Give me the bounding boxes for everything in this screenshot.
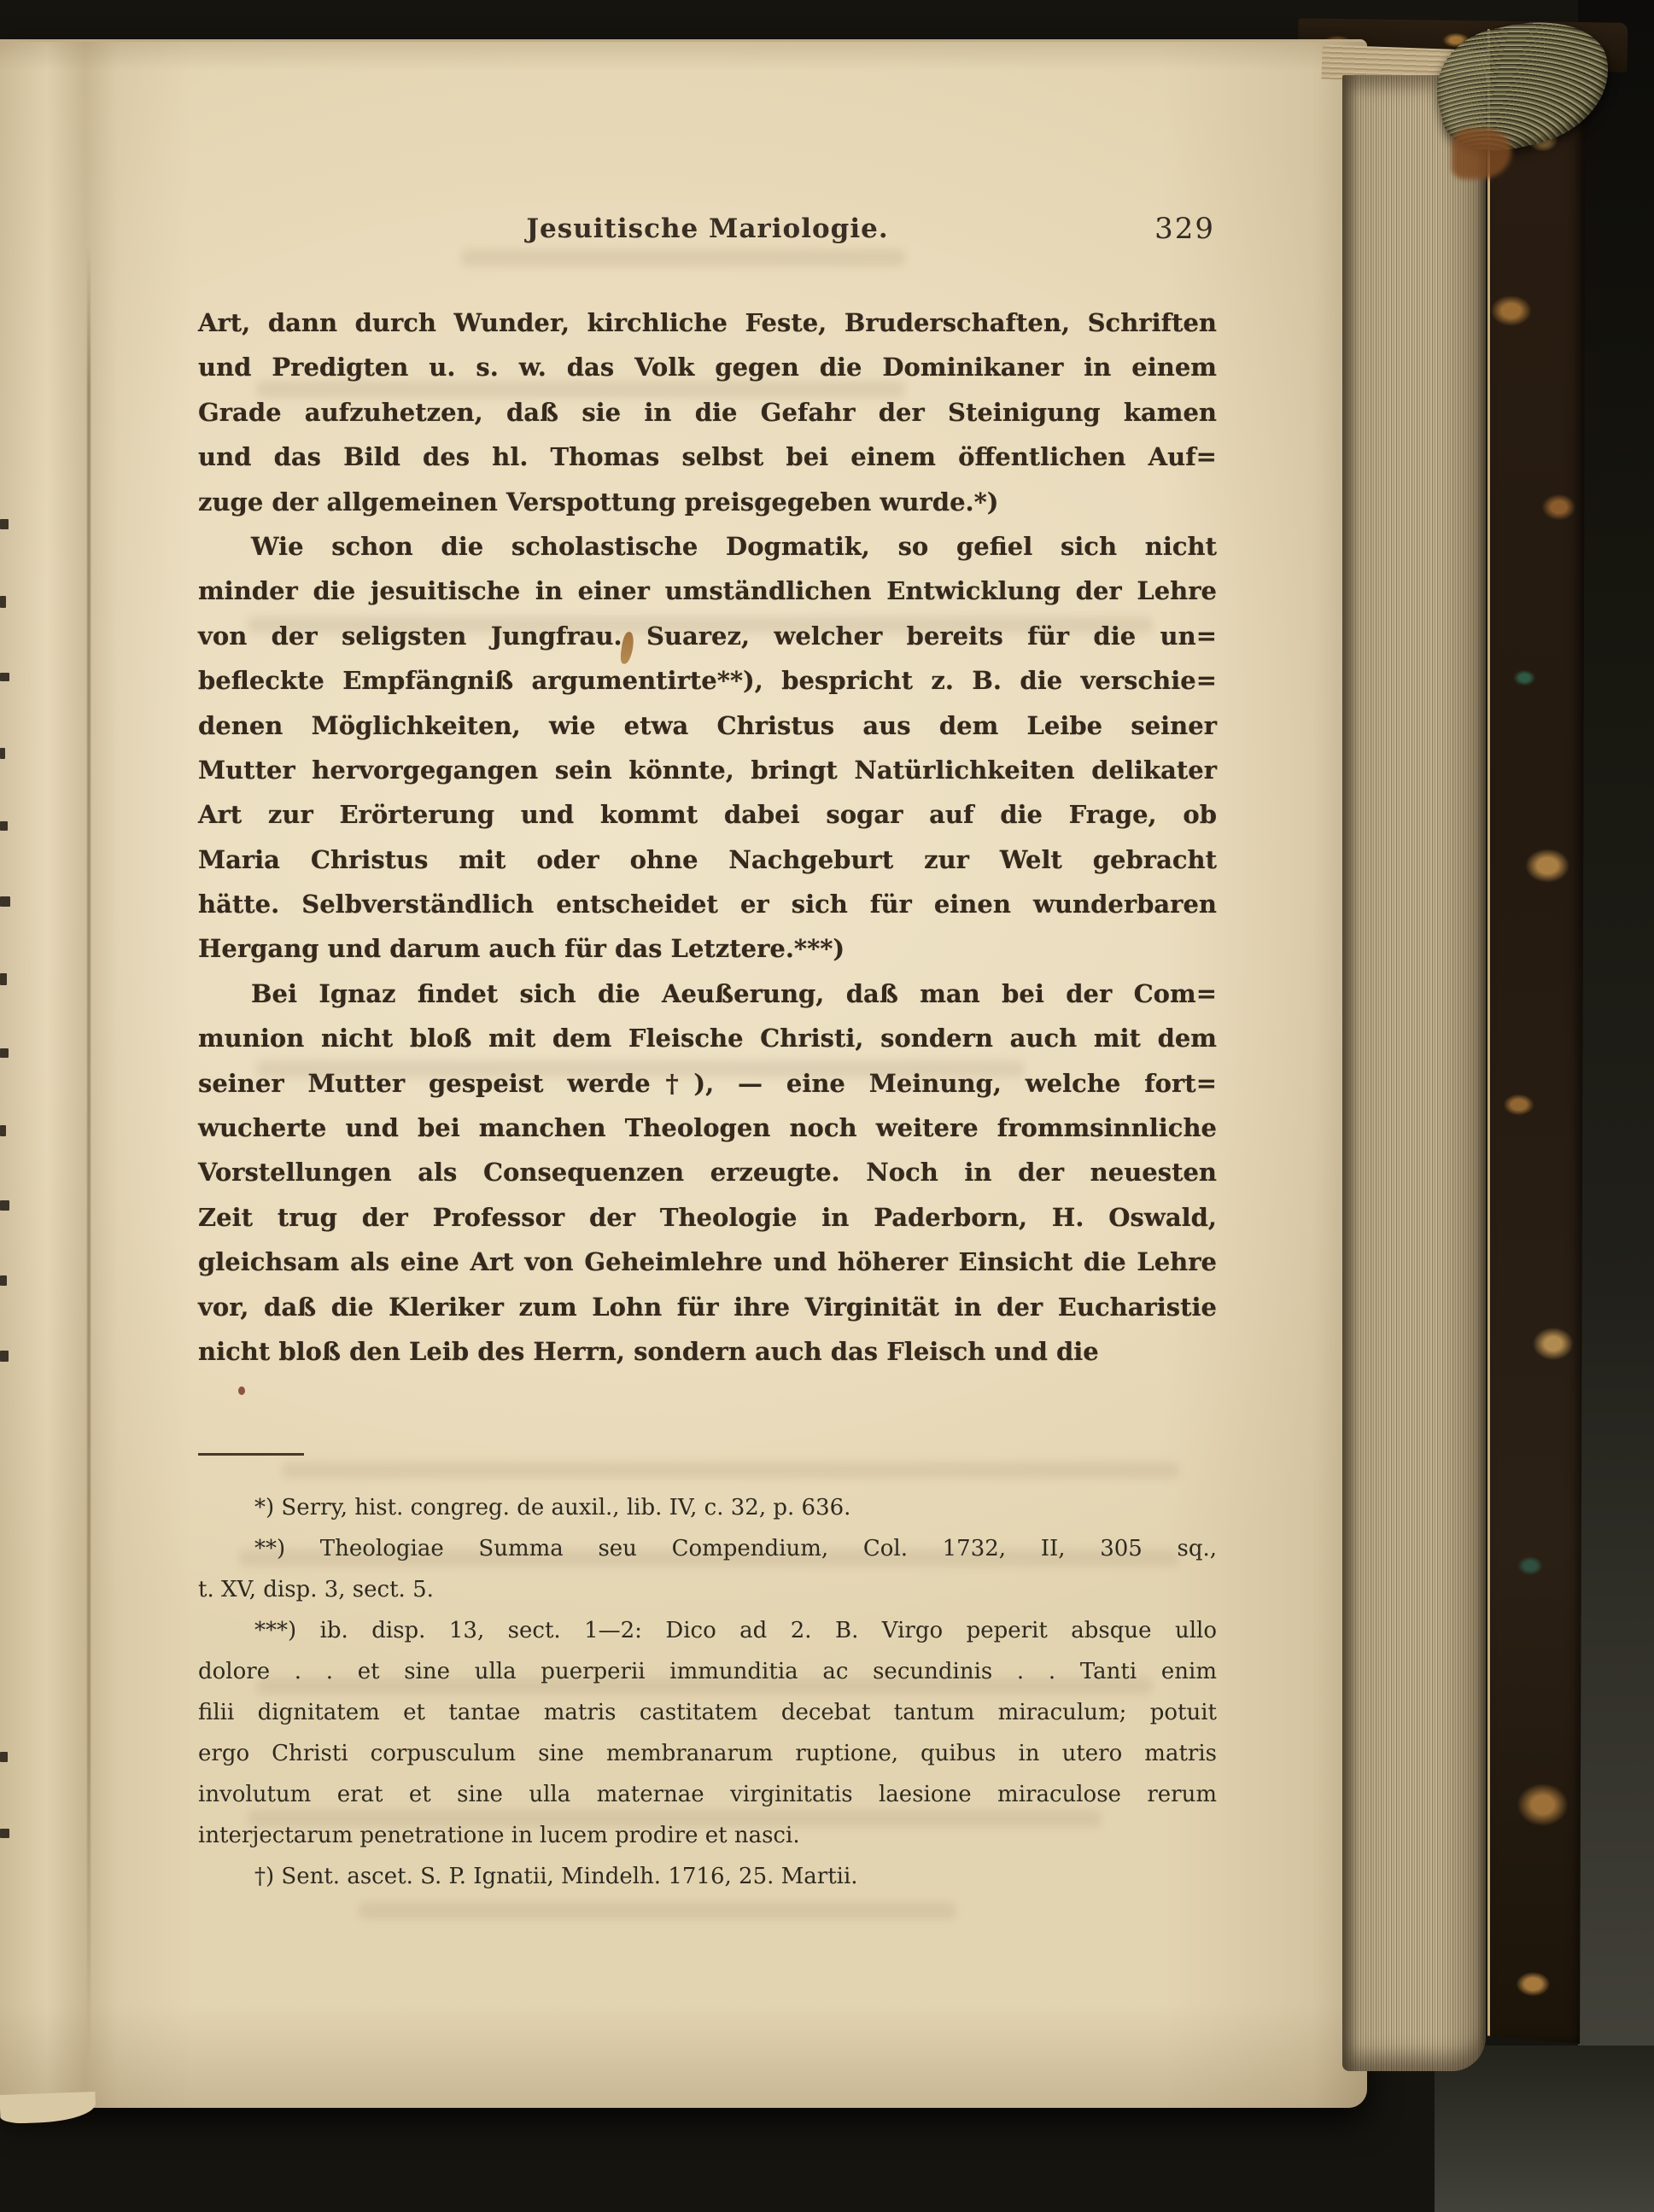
body-text-line: vor, daß die Kleriker zum Lohn für ihre … <box>198 1285 1217 1329</box>
footnote-line: †) Sent. ascet. S. P. Ignatii, Mindelh. … <box>198 1856 1217 1897</box>
footnote-line: **) Theologiae Summa seu Compendium, Col… <box>198 1528 1217 1569</box>
body-text-line: und das Bild des hl. Thomas selbst bei e… <box>198 435 1217 479</box>
running-title: Jesuitische Mariologie. <box>198 213 1217 244</box>
facing-page-text-fragment <box>0 1829 9 1838</box>
facing-page-text-fragment <box>0 519 9 529</box>
facing-page-text-fragment <box>0 1351 9 1362</box>
body-text-line: hätte. Selbverständlich entscheidet er s… <box>198 882 1217 926</box>
facing-page-text-fragment <box>0 821 8 831</box>
body-text-line: von der seligsten Jungfrau. Suarez, welc… <box>198 614 1217 658</box>
footnote-line: ergo Christi corpusculum sine membranaru… <box>198 1733 1217 1774</box>
page-header: Jesuitische Mariologie. 329 <box>198 213 1217 253</box>
body-text-line: Bei Ignaz findet sich die Aeußerung, daß… <box>198 972 1217 1016</box>
body-text-line: denen Möglichkeiten, wie etwa Christus a… <box>198 703 1217 748</box>
footnote-divider-rule <box>198 1453 304 1456</box>
facing-page-text-fragment <box>0 1200 9 1211</box>
ink-showthrough <box>282 1462 1178 1479</box>
footnotes: *) Serry, hist. congreg. de auxil., lib.… <box>198 1487 1217 1897</box>
body-text-line: Vorstellungen als Consequenzen erzeugte.… <box>198 1150 1217 1194</box>
facing-page-edge <box>0 2092 96 2124</box>
body-text-line: Wie schon die scholastische Dogmatik, so… <box>198 524 1217 569</box>
body-text-line: Art, dann durch Wunder, kirchliche Feste… <box>198 301 1217 345</box>
ink-speck <box>238 1386 245 1395</box>
body-text-line: wucherte und bei manchen Theologen noch … <box>198 1106 1217 1150</box>
backdrop-bottom-right <box>1435 2046 1654 2212</box>
gutter-crease <box>87 244 91 2063</box>
body-text-line: gleichsam als eine Art von Geheimlehre u… <box>198 1240 1217 1284</box>
facing-page-text-fragment <box>0 1125 6 1136</box>
footnote-line: involutum erat et sine ulla maternae vir… <box>198 1774 1217 1815</box>
body-text-line: befleckte Empfängniß argumentirte**), be… <box>198 658 1217 703</box>
body-text-line: munion nicht bloß mit dem Fleische Chris… <box>198 1016 1217 1060</box>
body-text-line: nicht bloß den Leib des Herrn, sondern a… <box>198 1329 1217 1374</box>
body-text-line: Mutter hervorgegangen sein könnte, bring… <box>198 748 1217 792</box>
facing-page-text-fragment <box>0 596 6 608</box>
body-text-line: Hergang und darum auch für das Letztere.… <box>198 926 1217 971</box>
footnote-line: t. XV, disp. 3, sect. 5. <box>198 1569 1217 1610</box>
body-text-line: Zeit trug der Professor der Theologie in… <box>198 1195 1217 1240</box>
body-text-line: Maria Christus mit oder ohne Nachgeburt … <box>198 838 1217 882</box>
facing-page-text-fragment <box>0 673 9 681</box>
facing-page-text-fragment <box>0 748 5 759</box>
footnote-line: ***) ib. disp. 13, sect. 1—2: Dico ad 2.… <box>198 1610 1217 1651</box>
facing-page-text-fragment <box>0 1048 9 1058</box>
page-number: 329 <box>1154 212 1215 246</box>
facing-page-text-fragment <box>0 1275 7 1286</box>
facing-page-text-fragment <box>0 973 7 985</box>
footnote-line: *) Serry, hist. congreg. de auxil., lib.… <box>198 1487 1217 1528</box>
facing-page-text-fragment <box>0 896 10 907</box>
book-photograph: Jesuitische Mariologie. 329 Art, dann du… <box>0 0 1654 2212</box>
marbled-cover-edge <box>1487 29 1586 2044</box>
backdrop-right-band <box>1578 0 1654 2212</box>
footnote-line: dolore . . et sine ulla puerperii immund… <box>198 1651 1217 1692</box>
body-text-line: Art zur Erörterung und kommt dabei sogar… <box>198 792 1217 837</box>
body-text-line: Grade aufzuhetzen, daß sie in die Gefahr… <box>198 390 1217 435</box>
facing-page-text-fragment <box>0 1752 8 1762</box>
body-text: Art, dann durch Wunder, kirchliche Feste… <box>198 301 1217 1374</box>
fore-edge-page-stack <box>1342 75 1486 2071</box>
body-text-line: minder die jesuitische in einer umständl… <box>198 569 1217 613</box>
body-text-line: zuge der allgemeinen Verspottung preisge… <box>198 480 1217 524</box>
footnote-line: filii dignitatem et tantae matris castit… <box>198 1692 1217 1733</box>
footnote-line: interjectarum penetratione in lucem prod… <box>198 1815 1217 1856</box>
body-text-line: und Predigten u. s. w. das Volk gegen di… <box>198 345 1217 389</box>
ink-showthrough <box>359 1902 956 1919</box>
body-text-line: seiner Mutter gespeist werde†), — eine M… <box>198 1061 1217 1106</box>
